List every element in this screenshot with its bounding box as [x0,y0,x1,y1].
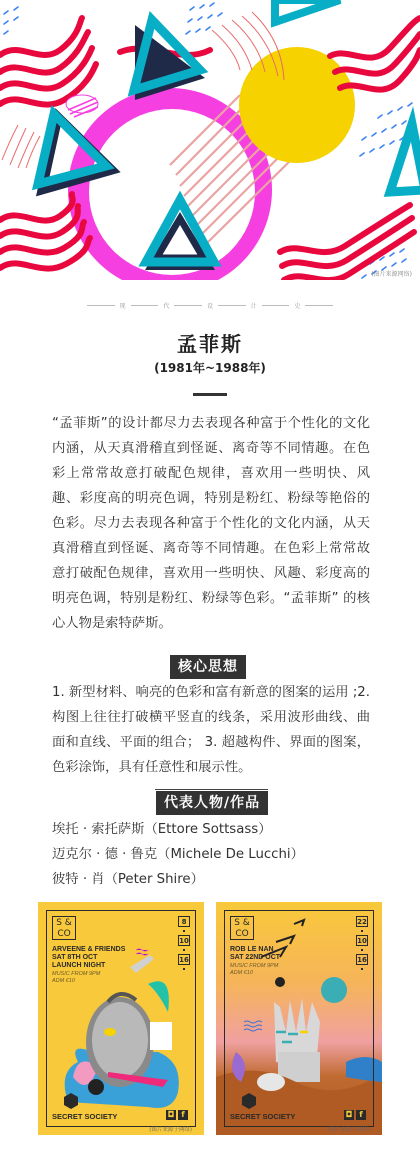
logo-line: CO [53,929,75,940]
series-char: 史 [294,301,300,310]
poster-subtext: MUSIC FROM 9PM ADM €10 [52,971,100,985]
image-credit: (图片来源于网络) [149,1125,192,1133]
date-day: 8 [178,916,190,927]
divider-line [218,305,246,306]
divider-line [131,305,159,306]
poster-image-1: S & CO 8 10 16 ARVEENE & FRIENDS SAT 8TH… [38,902,204,1135]
divider-line [262,305,290,306]
period-subtitle: (1981年~1988年) [0,359,420,376]
representatives-heading: 代表人物/作品 [156,791,268,815]
headline-line: SAT 22ND OCT [230,954,280,962]
headline-line: ARVEENE & FRIENDS [52,946,125,954]
brand-name: SECRET SOCIETY [230,1112,295,1121]
yellow-circle [239,47,355,163]
sub-line: ADM €10 [52,978,100,985]
s-and-co-logo: S & CO [52,916,76,940]
core-ideas-paragraph: 1. 新型材料、响亮的色彩和富有新意的图案的运用 ;2. 构图上往往打破横平竖直… [52,680,370,780]
sub-line: MUSIC FROM 9PM [230,963,278,970]
core-ideas-heading: 核心思想 [170,655,246,679]
facebook-icon: f [178,1110,188,1120]
logo-line: CO [231,929,253,940]
representatives-list: 埃托 · 索托萨斯（Ettore Sottsass） 迈克尔 · 德 · 鲁克（… [52,817,372,892]
sub-line: MUSIC FROM 9PM [52,971,100,978]
date-year: 16 [178,954,190,965]
social-icons: ◘ f [166,1110,188,1120]
intro-paragraph: “孟菲斯”的设计都尽力去表现各种富于个性化的文化内涵，从天真滑稽直到怪诞、离奇等… [52,411,370,636]
section-divider [155,789,268,790]
facebook-icon: f [356,1110,366,1120]
divider-line [305,305,333,306]
poster-headline: ROB LE NAN SAT 22ND OCT [230,946,280,962]
poster-subtext: MUSIC FROM 9PM ADM €10 [230,963,278,977]
date-month: 10 [178,935,190,946]
list-item: 迈克尔 · 德 · 鲁克（Michele De Lucchi） [52,842,372,867]
sub-line: ADM €10 [230,970,278,977]
social-icons: ◘ f [344,1110,366,1120]
series-divider: 现 代 设 计 史 [82,300,338,310]
hero-illustration: (图片来源网络) [0,0,420,280]
headline-line: LAUNCH NIGHT [52,962,125,970]
brand-name: SECRET SOCIETY [52,1112,117,1121]
series-char: 设 [207,301,213,310]
instagram-icon: ◘ [166,1110,176,1120]
poster-image-2: S & CO 22 10 16 ROB LE NAN SAT 22ND OCT … [216,902,382,1135]
divider-line [174,305,202,306]
date-boxes: 22 10 16 [356,916,368,970]
page-title: 孟菲斯 [0,328,420,357]
image-credit: (图片来源网络) [371,269,412,278]
divider-line [87,305,115,306]
date-year: 16 [356,954,368,965]
date-boxes: 8 10 16 [178,916,190,970]
list-item: 彼特 · 肖（Peter Shire） [52,867,372,892]
instagram-icon: ◘ [344,1110,354,1120]
date-month: 10 [356,935,368,946]
list-item: 埃托 · 索托萨斯（Ettore Sottsass） [52,817,372,842]
headline-line: ROB LE NAN [230,946,280,954]
series-char: 计 [251,301,257,310]
s-and-co-logo: S & CO [230,916,254,940]
logo-line: S & [231,918,253,929]
date-day: 22 [356,916,368,927]
series-char: 现 [120,301,126,310]
logo-line: S & [53,918,75,929]
headline-line: SAT 8TH OCT [52,954,125,962]
memphis-pattern-graphic [0,0,420,280]
image-credit: (图片来源于网络) [327,1125,370,1133]
series-char: 代 [163,301,169,310]
title-underline [193,393,227,396]
poster-headline: ARVEENE & FRIENDS SAT 8TH OCT LAUNCH NIG… [52,946,125,970]
